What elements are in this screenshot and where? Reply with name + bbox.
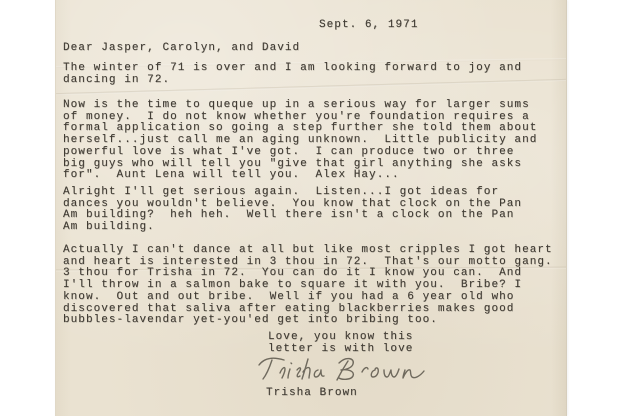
letter-paper: Sept. 6, 1971 Dear Jasper, Carolyn, and … [55,0,567,416]
handwritten-signature [256,351,471,389]
scan-background: Sept. 6, 1971 Dear Jasper, Carolyn, and … [0,0,624,416]
letter-paragraph-3: Alright I'll get serious again. Listen..… [63,187,522,234]
typed-signature-name: Trisha Brown [266,388,358,400]
signature-icon [256,351,471,389]
letter-paragraph-2: Now is the time to queque up in a seriou… [63,100,537,182]
letter-paragraph-1: The winter of 71 is over and I am lookin… [63,63,522,86]
letter-salutation: Dear Jasper, Carolyn, and David [63,43,300,55]
letter-paragraph-4: Actually I can't dance at all but like m… [63,245,553,327]
letter-date: Sept. 6, 1971 [319,20,418,32]
